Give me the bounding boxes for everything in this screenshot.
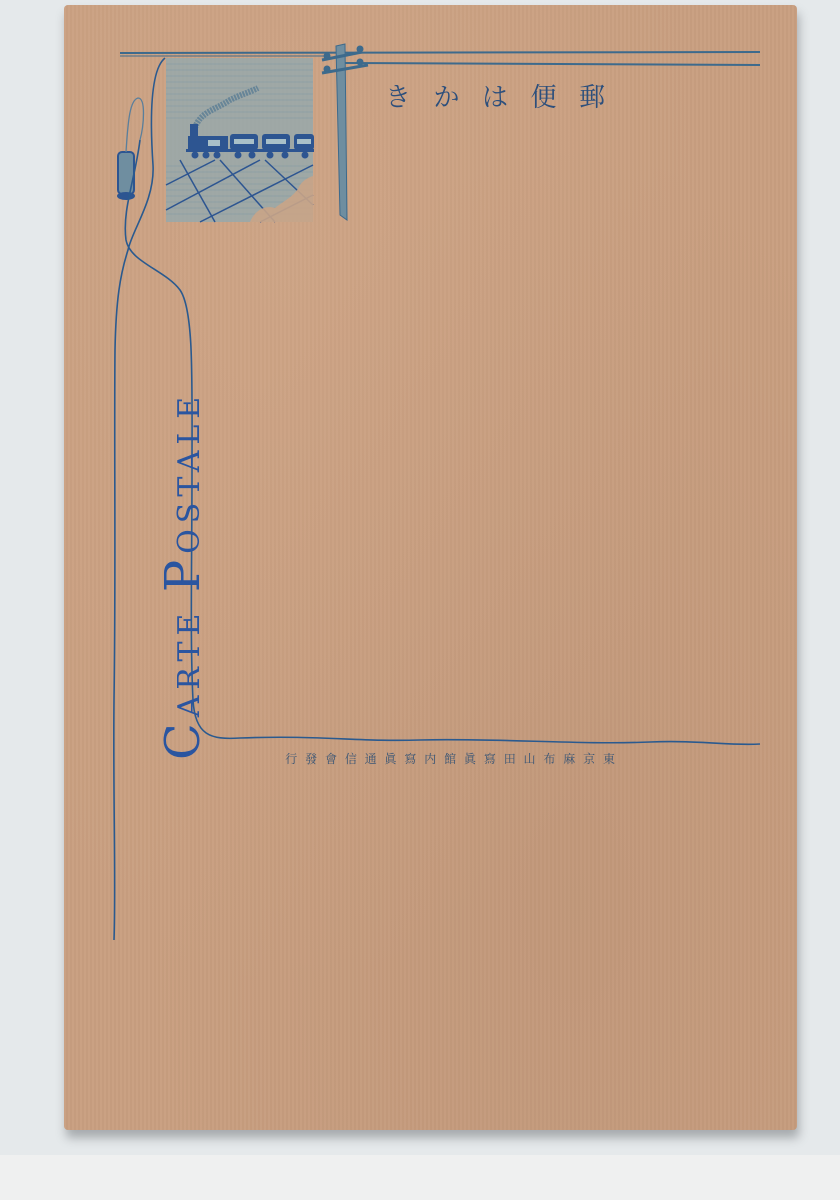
postale-rest: OSTALE xyxy=(172,391,207,554)
publisher-char: 寫 xyxy=(404,750,416,767)
publisher-line: 東 京 麻 布 山 田 寫 眞 館 内 寫 眞 通 信 會 發 行 xyxy=(285,748,615,768)
publisher-char: 館 xyxy=(444,750,456,767)
publisher-char: 行 xyxy=(285,750,297,767)
carte-initial: C xyxy=(155,717,211,760)
publisher-char: 信 xyxy=(345,750,357,767)
publisher-char: 東 xyxy=(603,750,615,767)
publisher-char: 通 xyxy=(365,750,377,767)
postcard-heading-japanese: 郵 便 は か き xyxy=(385,75,605,115)
publisher-char: 京 xyxy=(583,750,595,767)
publisher-char: 發 xyxy=(305,750,317,767)
publisher-char: 眞 xyxy=(464,750,476,767)
publisher-char: 會 xyxy=(325,750,337,767)
heading-char: は xyxy=(482,77,508,114)
publisher-char: 寫 xyxy=(484,750,496,767)
heading-char: 便 xyxy=(531,77,557,114)
carte-postale-label: CARTE POSTALE xyxy=(155,391,211,760)
carte-rest: ARTE xyxy=(172,592,207,717)
publisher-char: 山 xyxy=(524,750,536,767)
heading-char: か xyxy=(434,77,460,114)
publisher-char: 田 xyxy=(504,750,516,767)
postale-initial: P xyxy=(155,554,211,592)
heading-char: き xyxy=(385,77,411,114)
heading-char: 郵 xyxy=(579,77,605,114)
publisher-char: 内 xyxy=(424,750,436,767)
publisher-char: 麻 xyxy=(563,750,575,767)
publisher-char: 眞 xyxy=(385,750,397,767)
publisher-char: 布 xyxy=(543,750,555,767)
